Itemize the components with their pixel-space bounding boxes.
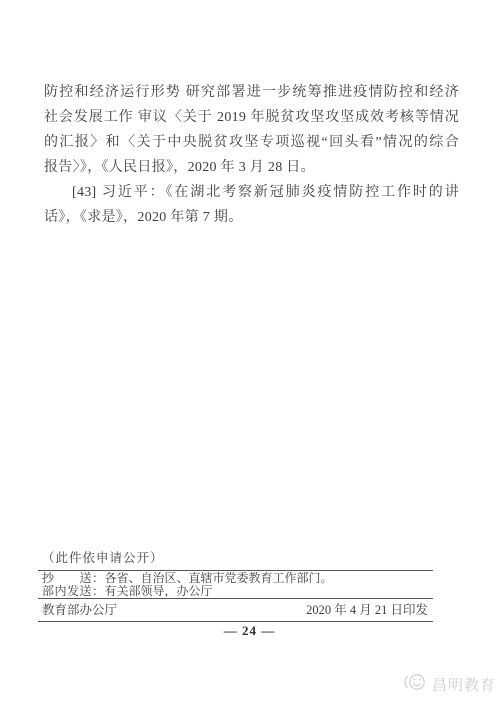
internal-row: 部内发送：有关部领导，办公厅 xyxy=(42,585,433,598)
body-line: 话》，《求是》，2020 年第 7 期。 xyxy=(44,205,459,230)
cc-value: 各省、自治区、直辖市党委教育工作部门。 xyxy=(105,572,333,585)
distribution-table: 抄 送：各省、自治区、直辖市党委教育工作部门。 部内发送：有关部领导，办公厅 教… xyxy=(38,570,433,622)
body-text: 防控和经济运行形势 研究部署进一步统筹推进疫情防控和经济 社会发展工作 审议〈关… xyxy=(44,80,459,230)
document-page: 防控和经济运行形势 研究部署进一步统筹推进疫情防控和经济 社会发展工作 审议〈关… xyxy=(0,0,499,706)
body-line: 社会发展工作 审议〈关于 2019 年脱贫攻坚攻坚成效考核等情况 xyxy=(44,105,459,130)
divider-bottom xyxy=(38,621,433,622)
disclosure-note: （此件依申请公开） xyxy=(42,548,164,566)
internal-value: 有关部领导，办公厅 xyxy=(105,585,213,598)
body-line: [43] 习近平：《在湖北考察新冠肺炎疫情防控工作时的讲 xyxy=(44,180,459,205)
distribution-rows: 抄 送：各省、自治区、直辖市党委教育工作部门。 部内发送：有关部领导，办公厅 xyxy=(38,571,433,598)
issuer: 教育部办公厅 xyxy=(42,604,117,617)
winking-face-logo-icon xyxy=(400,672,428,697)
cc-row: 抄 送：各省、自治区、直辖市党委教育工作部门。 xyxy=(42,572,433,585)
internal-label: 部内发送： xyxy=(42,585,105,598)
brand-watermark: 昌明教育 xyxy=(400,672,496,697)
body-line: 防控和经济运行形势 研究部署进一步统筹推进疫情防控和经济 xyxy=(44,80,459,105)
issue-row: 教育部办公厅 2020 年 4 月 21 日印发 xyxy=(38,599,433,621)
print-date: 2020 年 4 月 21 日印发 xyxy=(306,604,428,617)
page-number: — 24 — xyxy=(0,623,499,639)
body-line: 报告〉》，《人民日报》，2020 年 3 月 28 日。 xyxy=(44,155,459,180)
body-line: 的汇报〉和〈关于中央脱贫攻坚专项巡视“回头看”情况的综合 xyxy=(44,130,459,155)
cc-label: 抄 送： xyxy=(42,572,105,585)
brand-name: 昌明教育 xyxy=(432,674,496,695)
